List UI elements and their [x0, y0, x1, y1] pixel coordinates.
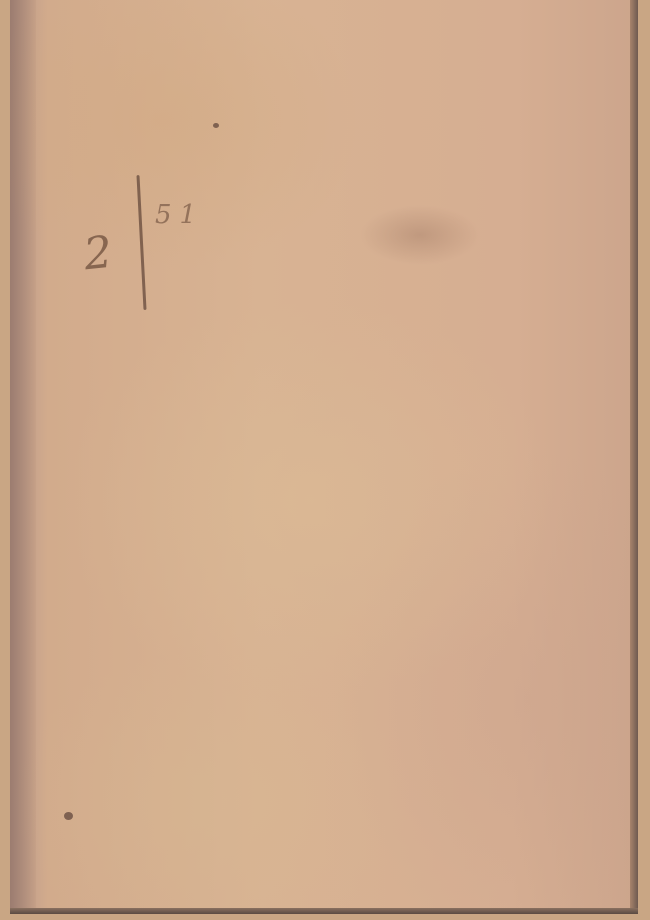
- handwritten-superscript: 51: [155, 200, 204, 230]
- ink-spot: [213, 123, 219, 128]
- spine-shadow: [10, 0, 36, 914]
- cover-right-edge: [630, 0, 638, 914]
- book-cover: [10, 0, 638, 914]
- handwritten-number: 2: [81, 227, 114, 281]
- cover-bottom-edge: [10, 908, 638, 914]
- ink-spot: [64, 812, 73, 820]
